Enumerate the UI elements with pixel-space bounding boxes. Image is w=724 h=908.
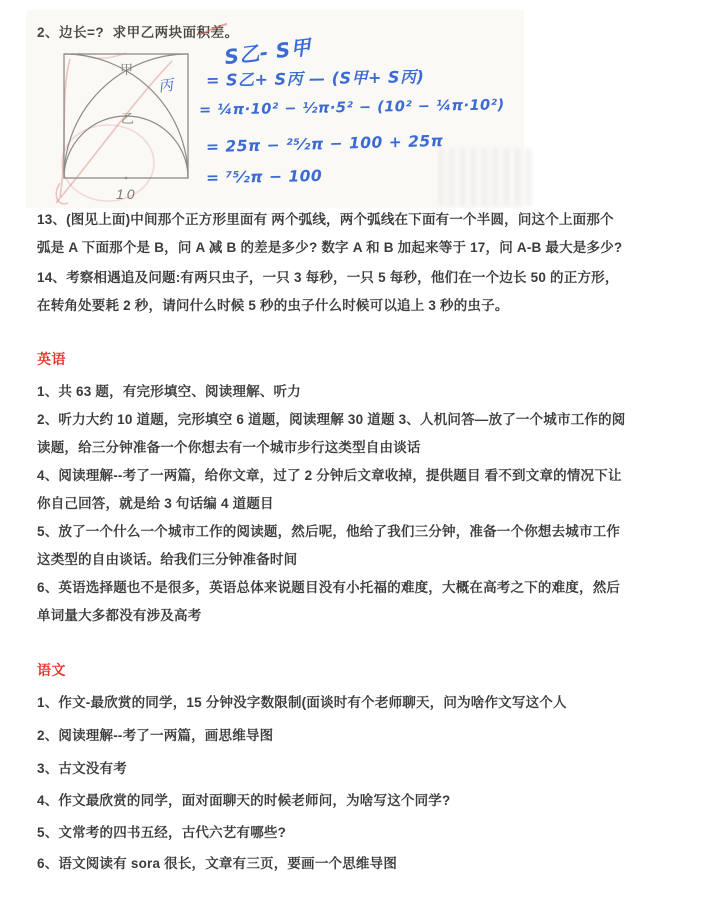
chinese-item-6: 6、语文阅读有 sora 很长，文章有三页，要画一个思维导图 [37,850,695,878]
chinese-item-4: 4、作文最欣赏的同学，面对面聊天的时候老师问，为啥写这个同学? [37,787,695,815]
section-heading-english: 英语 [37,349,66,369]
english-item-5: 5、放了一个什么一个城市工作的阅读题，然后呢，他给了我们三分钟，准备一个你想去城… [37,518,695,574]
bottom-mid-dot [125,177,128,180]
notes-document-page: 2、边长=? 求甲乙两块面积差。 甲 乙 丙 10 S乙- S甲 = S乙+ S… [0,0,724,908]
chinese-item-2: 2、阅读理解--考了一两篇，画思维导图 [37,722,695,750]
handwritten-formula-line2: = S乙+ S丙 — (S甲+ S丙) [206,64,425,91]
region-label-yi: 乙 [121,111,134,126]
english-item-1: 1、共 63 题，有完形填空、阅读理解、听力 [37,378,695,406]
red-pencil-scribbles [56,53,172,204]
red-pencil-mark [196,22,230,38]
english-item-6: 6、英语选择题也不是很多，英语总体来说题目没有小托福的难度，大概在高考之下的难度… [37,574,695,630]
region-label-bing-handwritten: 丙 [157,76,177,95]
region-label-jia: 甲 [120,62,133,77]
chinese-item-3: 3、古文没有考 [37,755,695,783]
english-item-4: 4、阅读理解--考了一两篇，给你文章，过了 2 分钟后文章收掉，提供题目 看不到… [37,462,695,518]
problem-13: 13、(图见上面)中间那个正方形里面有 两个弧线，两个弧线在下面有一个半圆，问这… [37,206,695,262]
problem-14: 14、考察相遇追及问题:有两只虫子，一只 3 每秒，一只 5 每秒，他们在一个边… [37,264,695,320]
handwritten-formula-line5: = ⁷⁵⁄₂π − 100 [206,167,323,187]
photo-edge-shadow [438,148,533,206]
section-heading-chinese: 语文 [37,660,66,680]
side-length-label: 10 [116,186,138,202]
english-item-2-3: 2、听力大约 10 道题，完形填空 6 道题，阅读理解 30 道题 3、人机问答… [37,406,695,462]
chinese-item-1: 1、作文-最欣赏的同学，15 分钟没字数限制(面谈时有个老师聊天，问为啥作文写这… [37,689,695,717]
chinese-item-5: 5、文常考的四书五经，古代六艺有哪些? [37,819,695,847]
